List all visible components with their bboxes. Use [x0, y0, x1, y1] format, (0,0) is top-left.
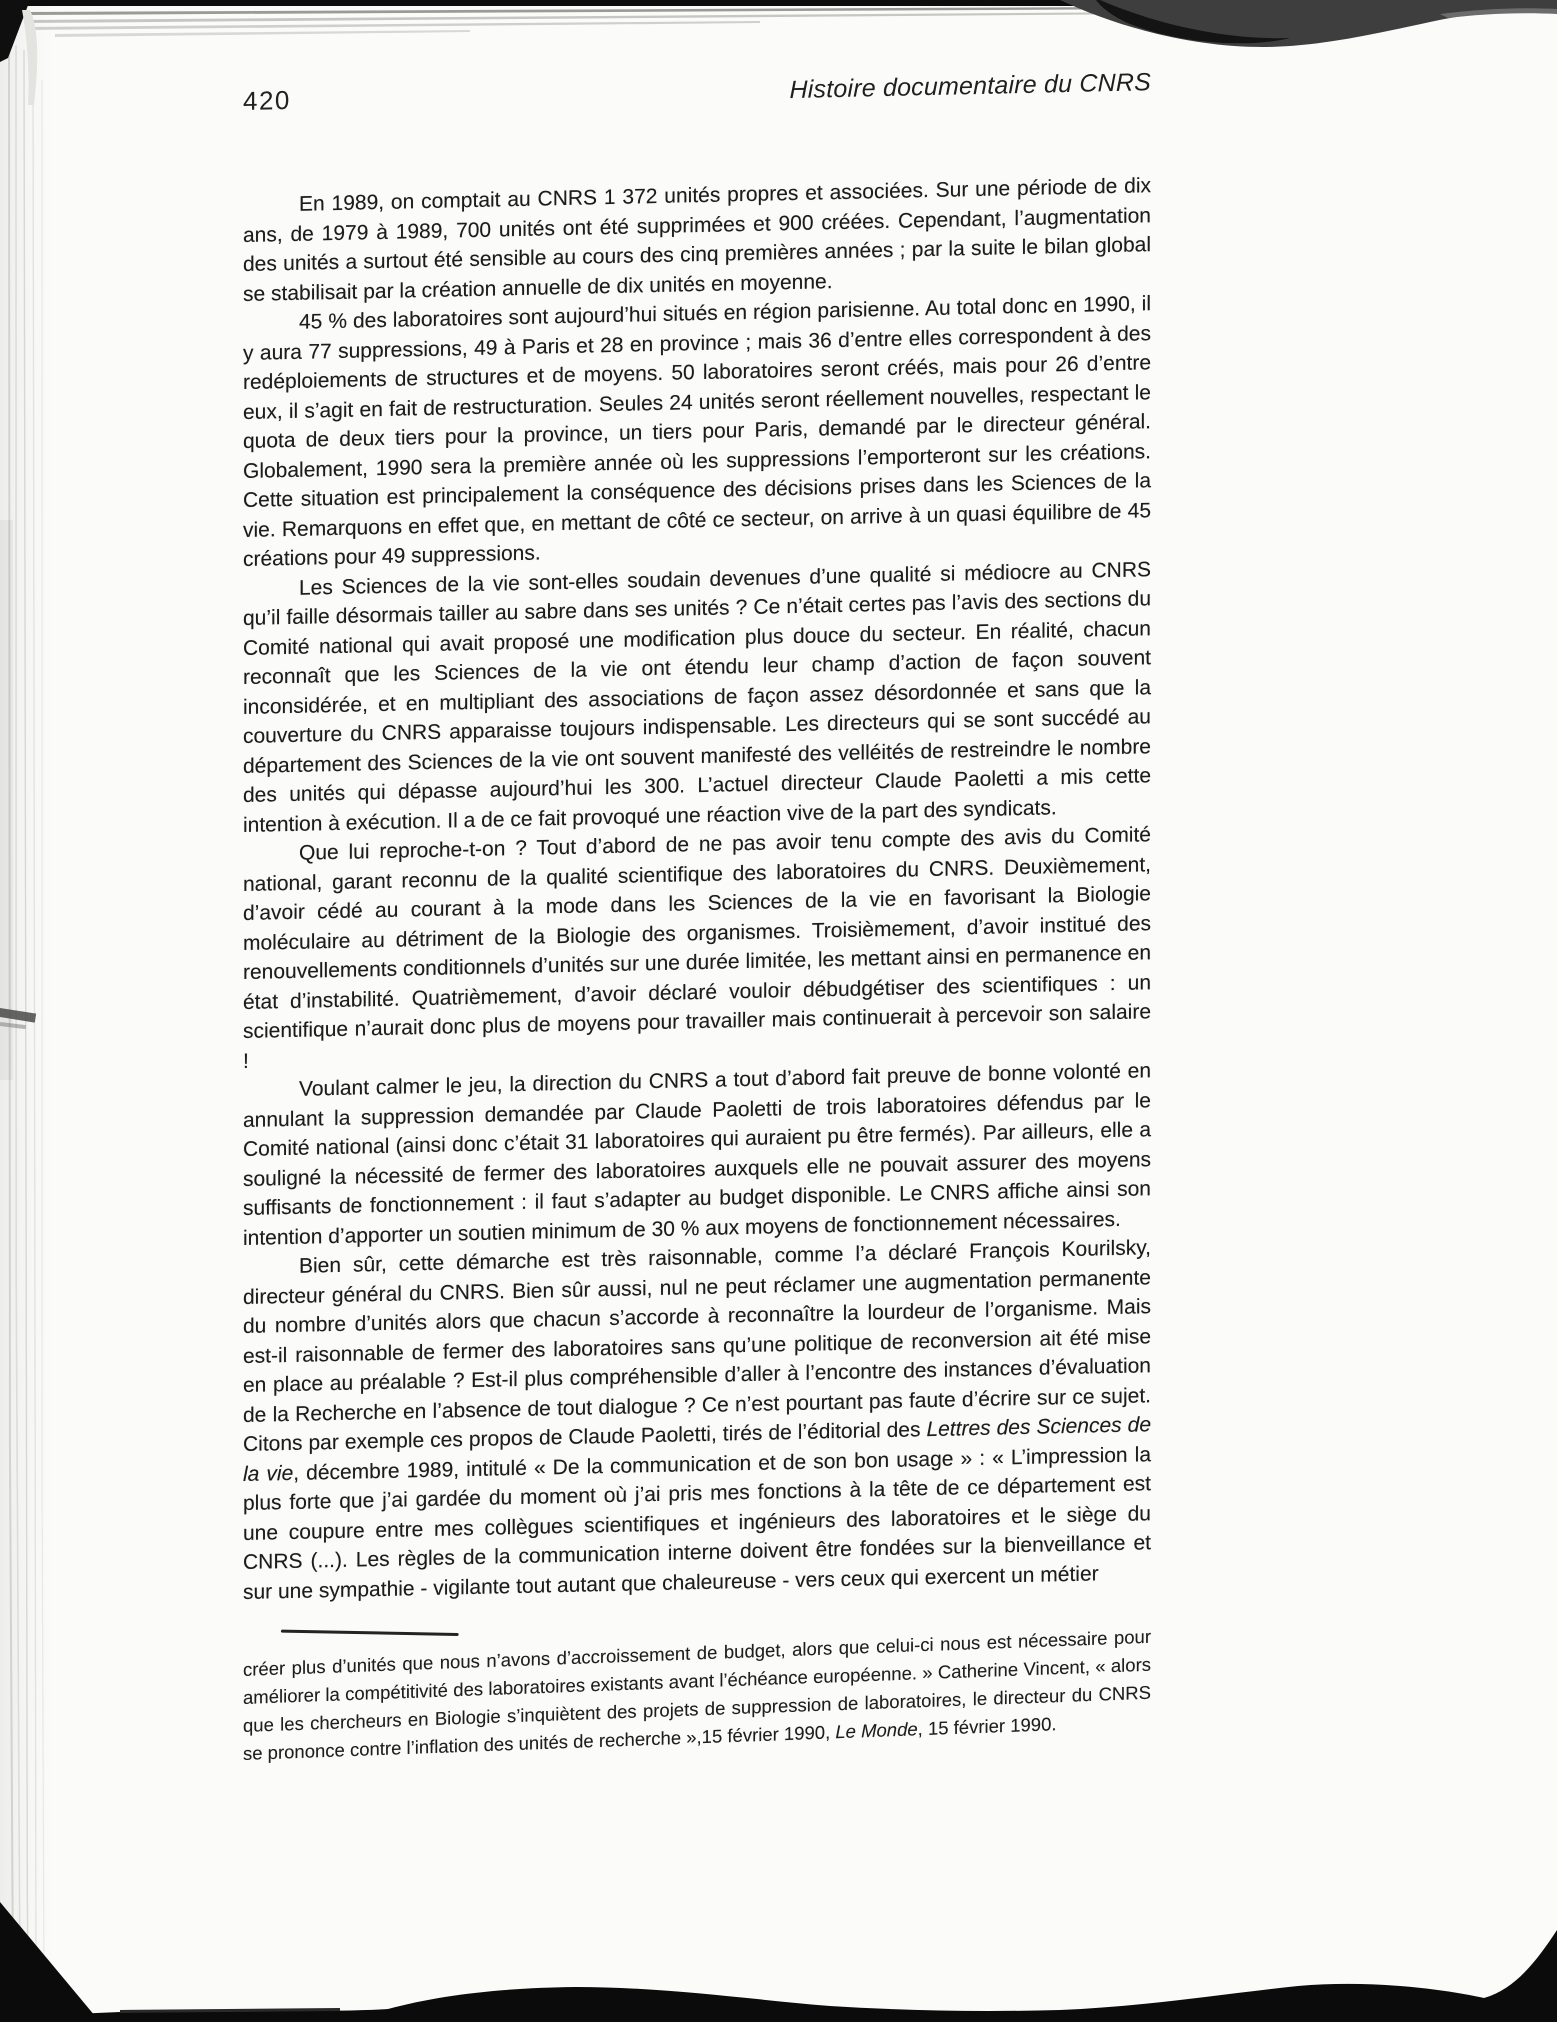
footnote-text: créer plus d’unités que nous n’avons d’a…: [243, 1623, 1151, 1768]
footnote-block: créer plus d’unités que nous n’avons d’a…: [243, 1598, 1151, 1768]
bottom-scan-artifact: [0, 1892, 1557, 2022]
paragraph: Les Sciences de la vie sont-elles soudai…: [243, 555, 1151, 840]
paragraph: En 1989, on comptait au CNRS 1 372 unité…: [243, 171, 1151, 309]
paragraph: Que lui reproche-t-on ? Tout d’abord de …: [243, 820, 1151, 1076]
body-paragraphs: En 1989, on comptait au CNRS 1 372 unité…: [243, 171, 1151, 1607]
paragraph: Bien sûr, cette démarche est très raison…: [243, 1233, 1151, 1607]
footnote-paragraph: créer plus d’unités que nous n’avons d’a…: [243, 1623, 1151, 1768]
scanned-book-page: 420 Histoire documentaire du CNRS En 198…: [0, 0, 1557, 2022]
page-content: 420 Histoire documentaire du CNRS En 198…: [243, 60, 1151, 1768]
page-number: 420: [243, 85, 291, 117]
footnote-rule: [281, 1630, 459, 1636]
left-page-edge-shade: [0, 0, 54, 2022]
paragraph: Voulant calmer le jeu, la direction du C…: [243, 1056, 1151, 1253]
paragraph: 45 % des laboratoires sont aujourd’hui s…: [243, 289, 1151, 574]
page-header: 420 Histoire documentaire du CNRS: [243, 66, 1151, 117]
running-title: Histoire documentaire du CNRS: [789, 68, 1151, 105]
